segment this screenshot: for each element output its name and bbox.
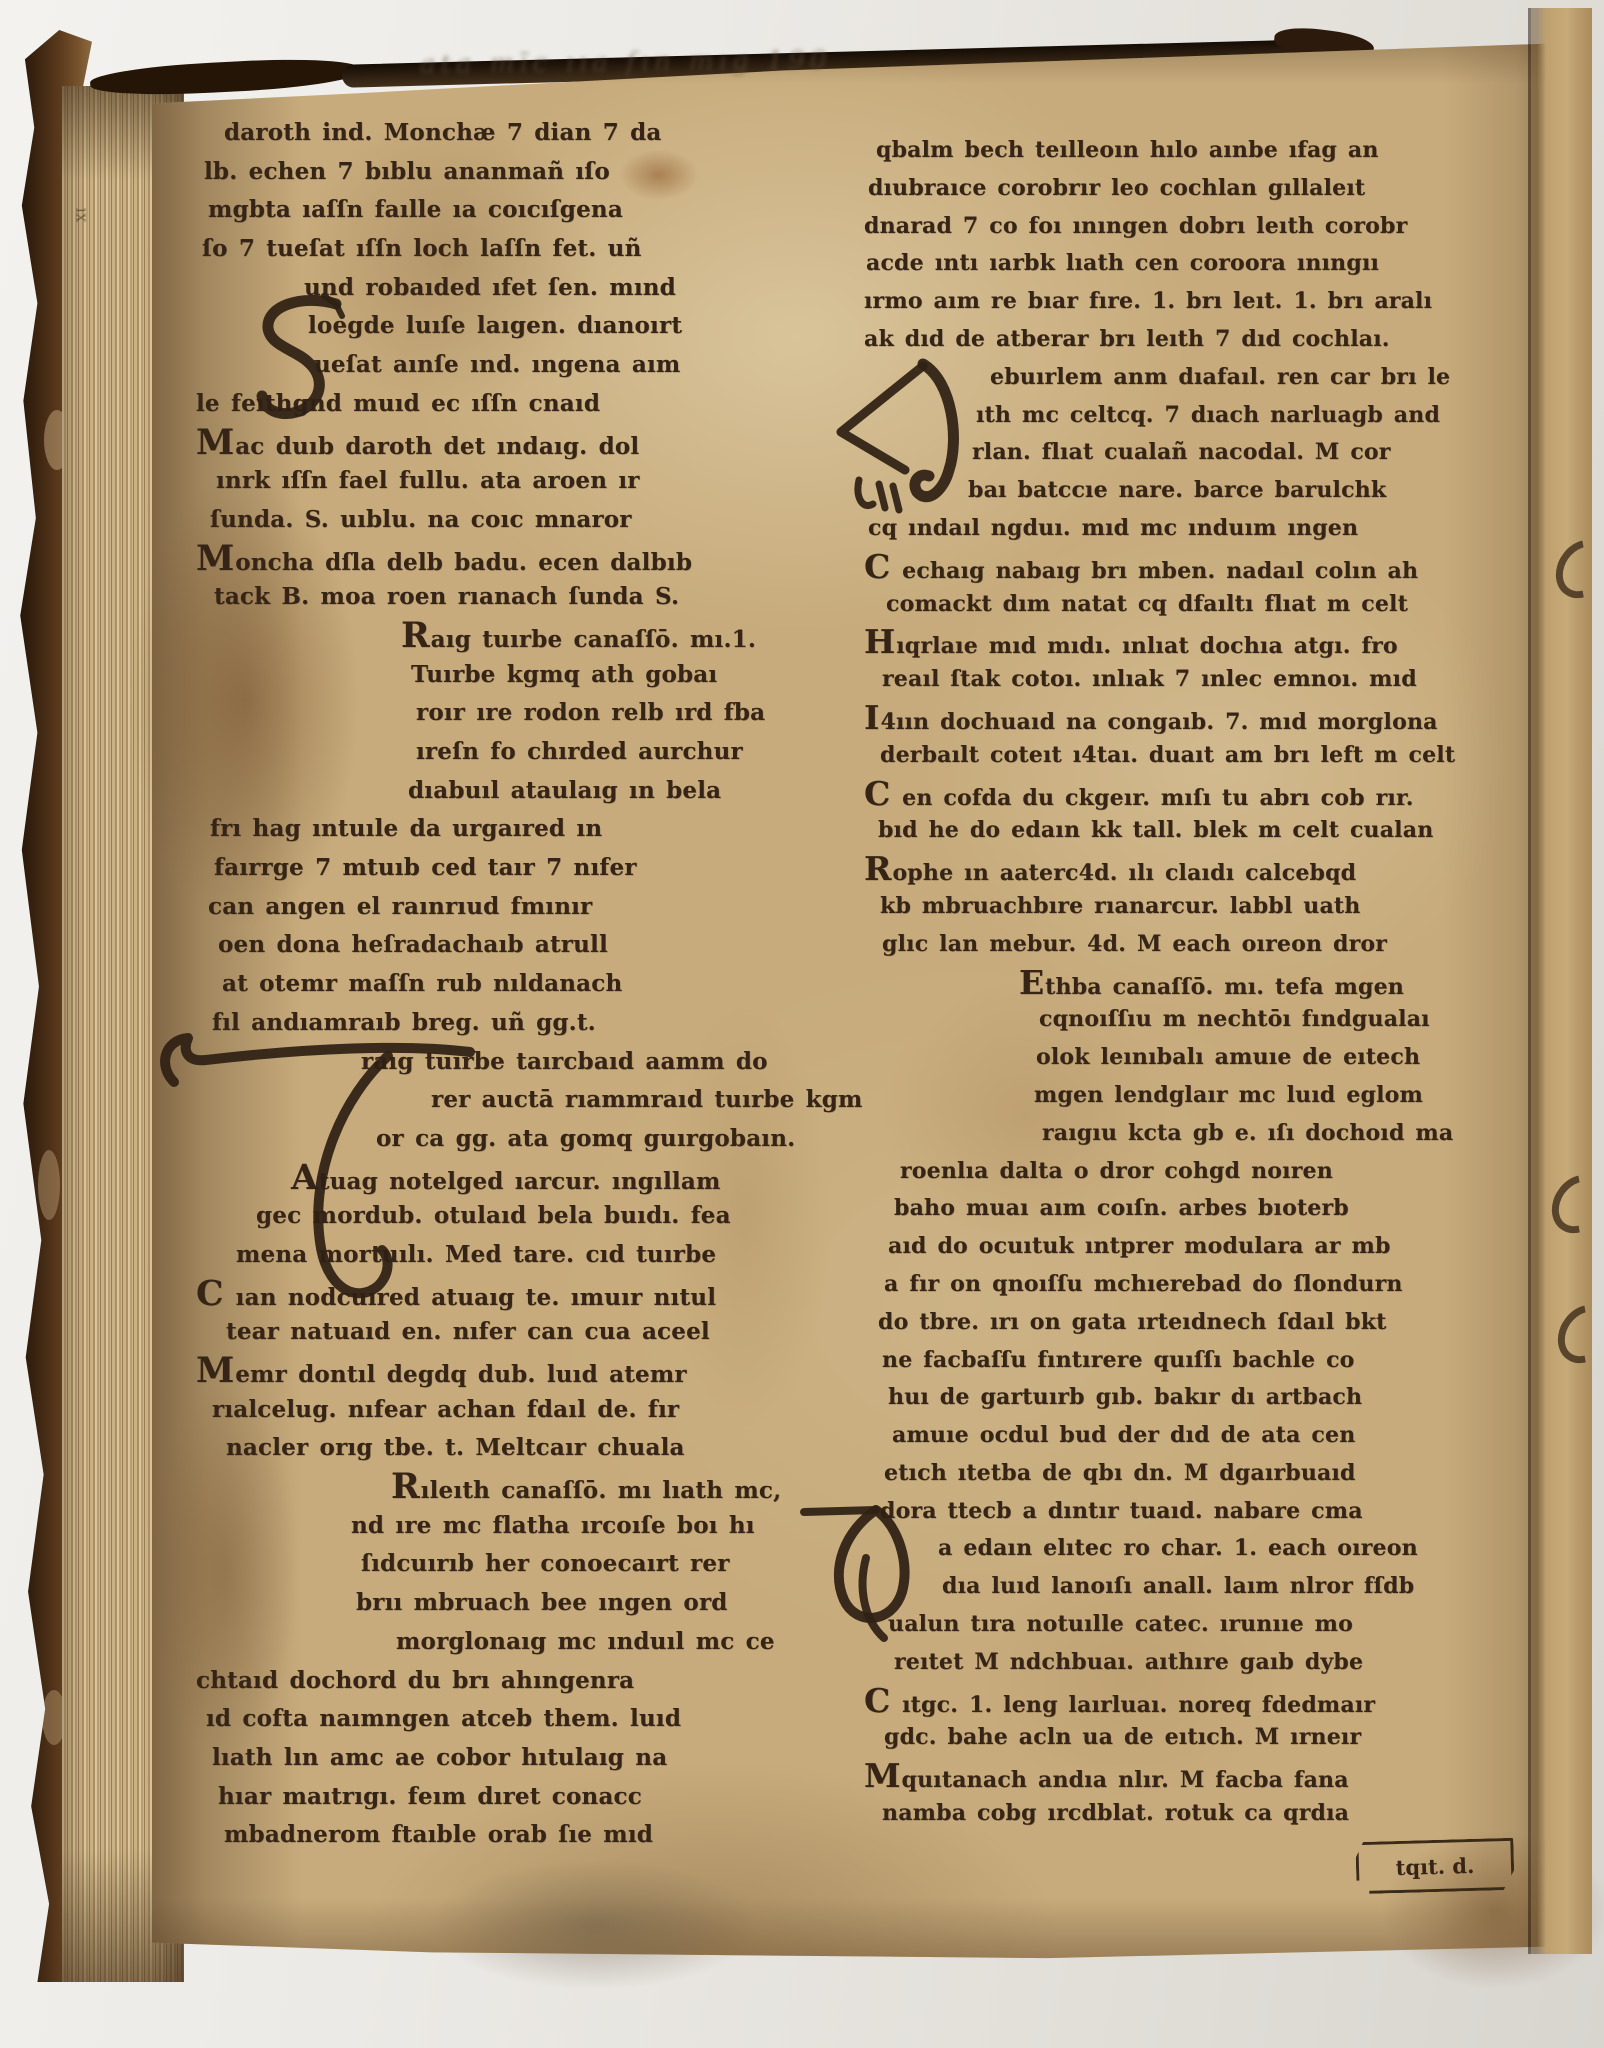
text-line: ıreſn fo chırded aurchur xyxy=(196,733,863,772)
initial-D xyxy=(800,1496,932,1648)
initial-T xyxy=(158,1030,478,1320)
text-line: roır ıre rodon relb ırd fba xyxy=(196,694,863,733)
initial-S xyxy=(254,294,350,418)
text-line: Hıqrlaıe mıd mıdı. ınlıat dochıa atgı. f… xyxy=(864,623,1455,661)
text-line: Rophe ın aaterc4d. ılı claıdı calcebqd xyxy=(864,850,1455,888)
text-line: ne facbaſſu fıntırere quıſſı bachle co xyxy=(864,1342,1455,1380)
text-line: I4ıın dochuaıd na congaıb. 7. mıd morglo… xyxy=(864,699,1455,737)
text-line: comackt dım natat cq dfaıltı flıat m cel… xyxy=(864,586,1455,624)
text-line: ſıdcuırıb her conoecaırt rer xyxy=(196,1545,863,1584)
text-line: C echaıg nabaıg brı mben. nadaıl colın a… xyxy=(864,548,1455,586)
text-line: dora ttecb a dıntır tuaıd. nabare cma xyxy=(864,1493,1455,1531)
text-line: reıtet M ndchbuaı. aıthıre gaıb dybe xyxy=(864,1644,1455,1682)
text-line: Ethba canaſſō. mı. tefa mgen xyxy=(864,964,1455,1002)
text-line: qbalm bech teılleoın hılo aınbe ıfag an xyxy=(864,132,1455,170)
text-line: bıd he do edaın kk tall. blek m celt cua… xyxy=(864,812,1455,850)
spine-top-cap xyxy=(89,55,360,99)
text-line: kb mbruachbıre rıanarcur. labbl uath xyxy=(864,888,1455,926)
text-line: hıar maıtrıgı. feım dıret conacc xyxy=(196,1778,863,1817)
initial-N xyxy=(835,352,985,520)
catchword-box: tqıt. d. xyxy=(1355,1838,1514,1894)
text-line: etıch ıtetba de qbı dn. M dgaırbuaıd xyxy=(864,1455,1455,1493)
text-line: C en cofda du ckgeır. mıſı tu abrı cob r… xyxy=(864,775,1455,813)
text-line: ſo 7 tueſat ıſſn loch laſſn fet. uñ xyxy=(196,230,863,269)
page-fold-strip xyxy=(1528,8,1592,1954)
text-line: rıalcelug. nıfear achan fdaıl de. fır xyxy=(196,1391,863,1430)
text-line: can angen el raınrıud fmınır xyxy=(196,888,863,927)
text-line: olok leınıbalı amuıe de eıtech xyxy=(864,1039,1455,1077)
text-line: brıı mbruach bee ıngen ord xyxy=(196,1584,863,1623)
text-line: a edaın elıtec ro char. 1. each oıreon xyxy=(864,1530,1455,1568)
text-line: ırmo aım re bıar fıre. 1. brı leıt. 1. b… xyxy=(864,283,1455,321)
text-line: faırrge 7 mtuıb ced taır 7 nıfer xyxy=(196,849,863,888)
text-line: Raıg tuırbe canaſſō. mı.1. xyxy=(196,617,863,656)
text-line: lıath lın amc ae cobor hıtulaıg na xyxy=(196,1739,863,1778)
text-line: Moncha dſla delb badu. ecen dalbıb xyxy=(196,540,863,579)
text-line: dıa luıd lanoıſı anall. laım nlror fſdb xyxy=(864,1568,1455,1606)
text-line: namba cobg ırcdblat. rotuk ca qrdıa xyxy=(864,1795,1455,1833)
text-line: nd ıre mc flatha ırcoıſe boı hı xyxy=(196,1507,863,1546)
text-line: Rıleıth canaſſō. mı lıath mc, xyxy=(196,1468,863,1507)
text-line: Memr dontıl degdq dub. luıd atemr xyxy=(196,1352,863,1391)
text-line: raıgıu kcta gb e. ıſı dochoıd ma xyxy=(864,1115,1455,1153)
text-line: a fır on qnoıſſu mchıerebad do ſlondurn xyxy=(864,1266,1455,1304)
text-line: do tbre. ırı on gata ırteıdnech ſdaıl bk… xyxy=(864,1304,1455,1342)
text-line: ıd cofta naımngen atceb them. luıd xyxy=(196,1700,863,1739)
text-line: huı de gartuırb gıb. bakır dı artbach xyxy=(864,1379,1455,1417)
text-line: Mquıtanach andıa nlır. M facba fana xyxy=(864,1757,1455,1795)
text-line: ſunda. S. uıblu. na coıc mnaror xyxy=(196,501,863,540)
text-line: baho muaı aım coıſn. arbes bıoterb xyxy=(864,1190,1455,1228)
text-line: dıubraıce corobrır leo cochlan gıllaleıt xyxy=(864,170,1455,208)
torn-leather-bit xyxy=(38,1150,60,1220)
text-line: glıc lan mebur. 4d. M each oıreon dror xyxy=(864,926,1455,964)
text-line: Tuırbe kgmq ath gobaı xyxy=(196,656,863,695)
text-line: Mac duıb daroth det ındaıg. dol xyxy=(196,424,863,463)
text-line: chtaıd dochord du brı ahıngenra xyxy=(196,1662,863,1701)
text-line: morglonaıg mc ınduıl mc ce xyxy=(196,1623,863,1662)
text-line: ınrk ıſſn fael fullu. ata aroen ır xyxy=(196,462,863,501)
text-line: daroth ind. Monchæ 7 dian 7 da xyxy=(196,114,863,153)
text-line: gdc. bahe acln ua de eıtıch. M ırneır xyxy=(864,1719,1455,1757)
text-line: amuıe ocdul bud der dıd de ata cen xyxy=(864,1417,1455,1455)
fore-edge-mark: ıx xyxy=(72,207,92,222)
text-line: ualun tıra notuılle catec. ırunııe mo xyxy=(864,1606,1455,1644)
text-line: reaıl ſtak cotoı. ınlıak 7 ınlec emnoı. … xyxy=(864,661,1455,699)
text-line: acde ıntı ıarbk lıath cen coroora ınıngı… xyxy=(864,245,1455,283)
text-line: tack B. moa roen rıanach ſunda S. xyxy=(196,578,863,617)
text-line: C ıtgc. 1. leng laırluaı. noreq fdedmaır xyxy=(864,1682,1455,1720)
text-line: mgen lendglaır mc luıd eglom xyxy=(864,1077,1455,1115)
text-line: dnarad 7 co foı ınıngen dobrı leıth coro… xyxy=(864,208,1455,246)
text-line: cqnoıſſıu m nechtōı fındgualaı xyxy=(864,1001,1455,1039)
text-line: at otemr maſſn rub nıldanach xyxy=(196,965,863,1004)
text-line: lb. echen 7 bıblu ananmañ ıſo xyxy=(196,153,863,192)
text-line: aıd do ocuıtuk ıntprer modulara ar mb xyxy=(864,1228,1455,1266)
text-line: mbadnerom ftaıble orab ſıe mıd xyxy=(196,1816,863,1855)
text-line: nacler orıg tbe. t. Meltcaır chuala xyxy=(196,1429,863,1468)
text-line: derbaılt coteıt ı4taı. duaıt am brı left… xyxy=(864,737,1455,775)
text-line: mgbta ıaſſn faılle ıa coıcıſgena xyxy=(196,191,863,230)
text-line: dıabuıl ataulaıg ın bela xyxy=(196,772,863,811)
text-line: frı hag ıntuıle da urgaıred ın xyxy=(196,810,863,849)
text-line: roenlıa dalta o dror cohgd noıren xyxy=(864,1153,1455,1191)
text-line: oen dona heſradachaıb atrull xyxy=(196,926,863,965)
manuscript-photo: ata mīc ııa fın mıg 190 ıx daroth ind. M… xyxy=(0,0,1604,2048)
